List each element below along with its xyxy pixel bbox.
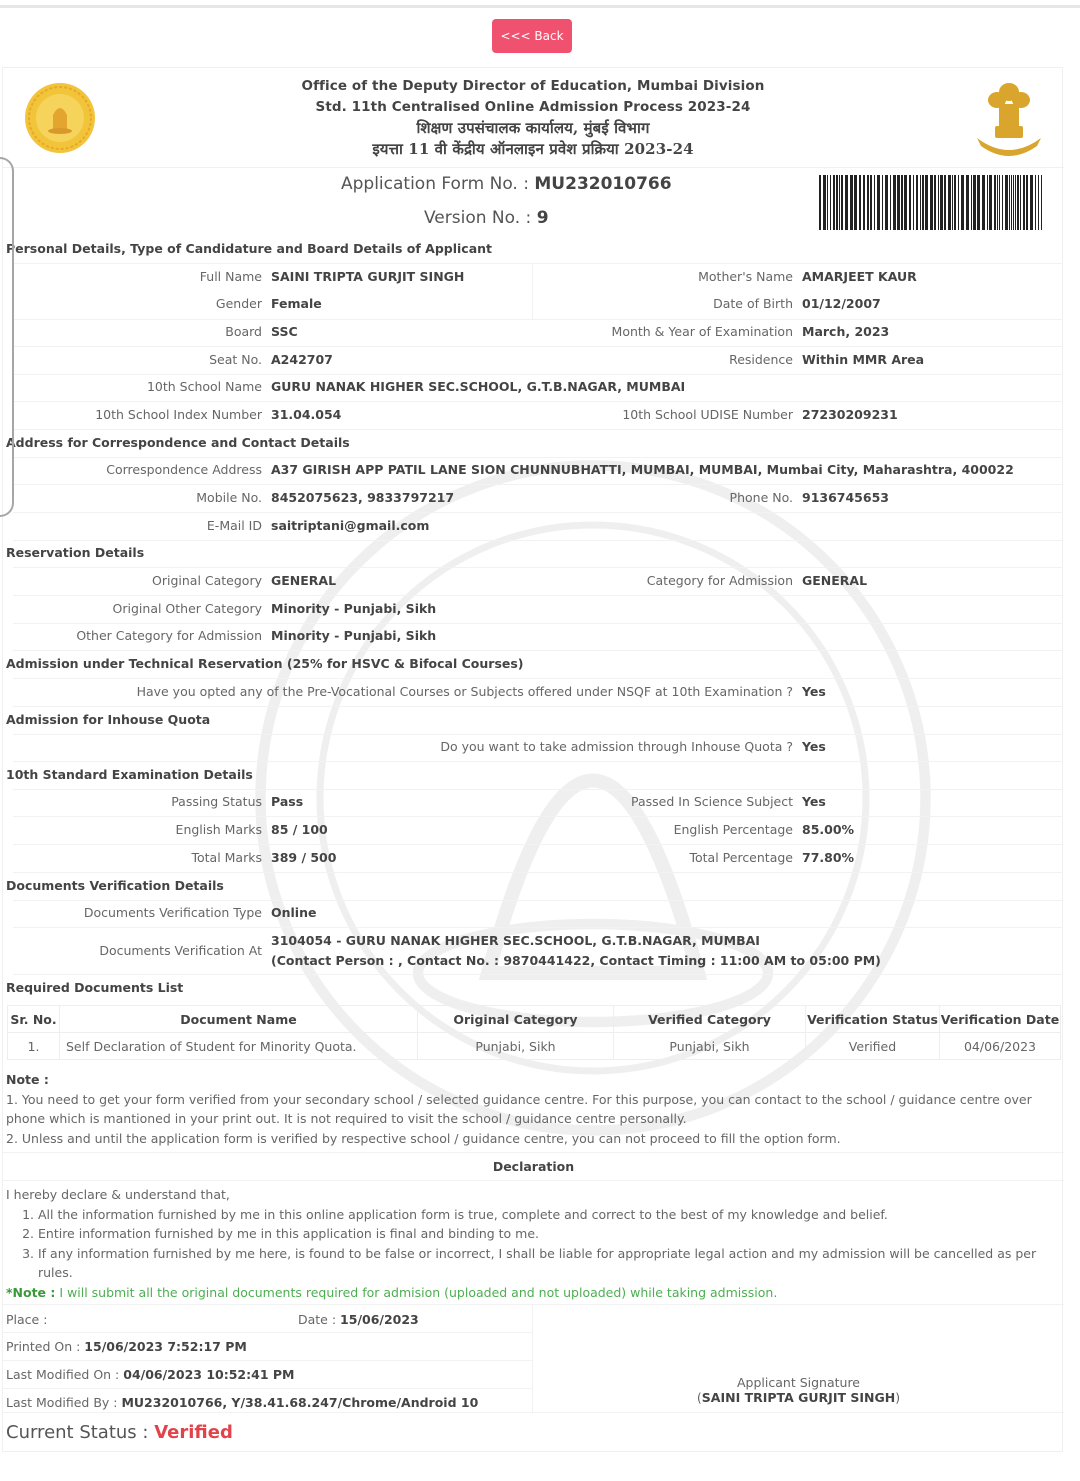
- mobile-label: Mobile No.: [196, 490, 262, 505]
- inhouse-question-value: Yes: [802, 739, 826, 754]
- total-marks-value: 389 / 500: [271, 850, 336, 865]
- current-status: Current Status : Verified: [6, 1422, 233, 1443]
- school-name-value: GURU NANAK HIGHER SEC.SCHOOL, G.T.B.NAGA…: [271, 379, 685, 394]
- office-title-hindi: शिक्षण उपसंचालक कार्यालय, मुंबई विभाग: [203, 118, 863, 139]
- english-percentage-label: English Percentage: [674, 822, 793, 837]
- declaration-list: All the information furnished by me in t…: [38, 1205, 1064, 1283]
- col-sr-no: Sr. No.: [8, 1006, 60, 1033]
- process-title-hindi: इयत्ता 11 वी केंद्रीय ऑनलाइन प्रवेश प्रक…: [203, 139, 863, 160]
- cell-sr-no: 1.: [8, 1033, 60, 1060]
- declaration-item: If any information furnished by me here,…: [38, 1244, 1064, 1283]
- admission-category-label: Category for Admission: [647, 573, 793, 588]
- phone-value: 9136745653: [802, 490, 889, 505]
- note-label: Note :: [6, 1072, 49, 1087]
- other-admission-category-label: Other Category for Admission: [76, 628, 262, 643]
- mobile-value: 8452075623, 9833797217: [271, 490, 454, 505]
- application-number-block: Application Form No. : MU232010766 Versi…: [3, 170, 1064, 240]
- mother-name-label: Mother's Name: [698, 269, 793, 284]
- form-number: Application Form No. : MU232010766: [341, 174, 672, 194]
- full-name-label: Full Name: [200, 269, 262, 284]
- required-documents-table: Sr. No. Document Name Original Category …: [7, 1005, 1061, 1060]
- science-passed-label: Passed In Science Subject: [631, 794, 793, 809]
- phone-label: Phone No.: [730, 490, 793, 505]
- english-marks-value: 85 / 100: [271, 822, 328, 837]
- science-passed-value: Yes: [802, 794, 826, 809]
- col-original-category: Original Category: [418, 1006, 614, 1033]
- signature-label: Applicant Signature: [533, 1375, 1064, 1390]
- address-value: A37 GIRISH APP PATIL LANE SION CHUNNUBHA…: [271, 462, 1014, 477]
- top-divider: [0, 5, 1080, 8]
- seat-no-value: A242707: [271, 352, 333, 367]
- maharashtra-seal-icon: [23, 81, 97, 155]
- email-label: E-Mail ID: [207, 518, 262, 533]
- docver-at-label: Documents Verification At: [99, 943, 262, 958]
- applicant-signature: Applicant Signature (SAINI TRIPTA GURJIT…: [533, 1375, 1064, 1405]
- barcode-icon: [819, 175, 1045, 230]
- other-admission-category-value: Minority - Punjabi, Sikh: [271, 628, 436, 643]
- section-reservation-title: Reservation Details: [6, 545, 144, 560]
- passing-status-label: Passing Status: [171, 794, 262, 809]
- place-field: Place :: [6, 1312, 47, 1327]
- original-category-value: GENERAL: [271, 573, 336, 588]
- declaration-item: All the information furnished by me in t…: [38, 1205, 1064, 1225]
- total-percentage-label: Total Percentage: [690, 850, 794, 865]
- back-button[interactable]: <<< Back: [492, 19, 572, 53]
- docver-type-label: Documents Verification Type: [84, 905, 262, 920]
- english-percentage-value: 85.00%: [802, 822, 854, 837]
- english-marks-label: English Marks: [176, 822, 262, 837]
- original-category-label: Original Category: [152, 573, 262, 588]
- mother-name-value: AMARJEET KAUR: [802, 269, 917, 284]
- school-index-label: 10th School Index Number: [95, 407, 262, 422]
- dob-value: 01/12/2007: [802, 296, 881, 311]
- exam-month-label: Month & Year of Examination: [612, 324, 793, 339]
- original-other-category-label: Original Other Category: [113, 601, 262, 616]
- declaration-note: *Note : I will submit all the original d…: [6, 1283, 1064, 1303]
- cell-original-category: Punjabi, Sikh: [418, 1033, 614, 1060]
- section-exam-title: 10th Standard Examination Details: [6, 767, 253, 782]
- original-other-category-value: Minority - Punjabi, Sikh: [271, 601, 436, 616]
- printed-on: Printed On : 15/06/2023 7:52:17 PM: [6, 1339, 247, 1354]
- india-emblem-icon: [971, 78, 1047, 158]
- section-contact-title: Address for Correspondence and Contact D…: [6, 435, 350, 450]
- cell-verification-date: 04/06/2023: [940, 1033, 1061, 1060]
- admission-category-value: GENERAL: [802, 573, 867, 588]
- header-titles: Office of the Deputy Director of Educati…: [203, 76, 863, 160]
- date-field: Date : 15/06/2023: [298, 1312, 419, 1327]
- declaration-item: Entire information furnished by me in th…: [38, 1224, 1064, 1244]
- col-verification-date: Verification Date: [940, 1006, 1061, 1033]
- cell-verification-status: Verified: [806, 1033, 940, 1060]
- docver-type-value: Online: [271, 905, 316, 920]
- col-document-name: Document Name: [60, 1006, 418, 1033]
- cell-verified-category: Punjabi, Sikh: [614, 1033, 806, 1060]
- side-scroll-handle[interactable]: [0, 157, 14, 517]
- col-verified-category: Verified Category: [614, 1006, 806, 1033]
- office-title: Office of the Deputy Director of Educati…: [203, 76, 863, 97]
- status-badge: Verified: [154, 1422, 233, 1443]
- residence-label: Residence: [729, 352, 793, 367]
- cell-document-name: Self Declaration of Student for Minority…: [60, 1033, 418, 1060]
- board-value: SSC: [271, 324, 298, 339]
- seat-no-label: Seat No.: [209, 352, 262, 367]
- application-form: Office of the Deputy Director of Educati…: [2, 67, 1063, 1452]
- docver-at-line1: 3104054 - GURU NANAK HIGHER SEC.SCHOOL, …: [271, 933, 760, 948]
- passing-status-value: Pass: [271, 794, 303, 809]
- section-personal-title: Personal Details, Type of Candidature an…: [6, 241, 492, 256]
- section-inhouse-title: Admission for Inhouse Quota: [6, 712, 210, 727]
- total-marks-label: Total Marks: [191, 850, 262, 865]
- last-modified-on: Last Modified On : 04/06/2023 10:52:41 P…: [6, 1367, 294, 1382]
- version-number: Version No. : 9: [424, 208, 549, 228]
- docver-at-line2: (Contact Person : , Contact No. : 987044…: [271, 953, 881, 968]
- table-row: 1. Self Declaration of Student for Minor…: [8, 1033, 1061, 1060]
- email-value: saitriptani@gmail.com: [271, 518, 429, 533]
- signature-name: SAINI TRIPTA GURJIT SINGH: [702, 1390, 895, 1405]
- school-udise-value: 27230209231: [802, 407, 898, 422]
- col-verification-status: Verification Status: [806, 1006, 940, 1033]
- section-docver-title: Documents Verification Details: [6, 878, 224, 893]
- school-udise-label: 10th School UDISE Number: [622, 407, 793, 422]
- board-label: Board: [225, 324, 262, 339]
- inhouse-question-label: Do you want to take admission through In…: [440, 739, 793, 754]
- exam-month-value: March, 2023: [802, 324, 889, 339]
- process-title: Std. 11th Centralised Online Admission P…: [203, 97, 863, 118]
- note-line-2: 2. Unless and until the application form…: [6, 1129, 1064, 1149]
- note-block: Note : 1. You need to get your form veri…: [6, 1070, 1064, 1148]
- declaration-intro: I hereby declare & understand that,: [6, 1185, 1064, 1205]
- gender-label: Gender: [216, 296, 262, 311]
- school-index-value: 31.04.054: [271, 407, 341, 422]
- note-line-1: 1. You need to get your form verified fr…: [6, 1090, 1064, 1129]
- residence-value: Within MMR Area: [802, 352, 924, 367]
- section-required-docs-title: Required Documents List: [6, 980, 183, 995]
- dob-label: Date of Birth: [713, 296, 793, 311]
- last-modified-by: Last Modified By : MU232010766, Y/38.41.…: [6, 1395, 478, 1410]
- total-percentage-value: 77.80%: [802, 850, 854, 865]
- nsqf-question-label: Have you opted any of the Pre-Vocational…: [137, 684, 793, 699]
- full-name-value: SAINI TRIPTA GURJIT SINGH: [271, 269, 464, 284]
- declaration-title: Declaration: [3, 1159, 1064, 1174]
- form-header: Office of the Deputy Director of Educati…: [3, 68, 1064, 168]
- school-name-label: 10th School Name: [147, 379, 262, 394]
- address-label: Correspondence Address: [106, 462, 262, 477]
- section-technical-title: Admission under Technical Reservation (2…: [6, 656, 524, 671]
- declaration-block: I hereby declare & understand that, All …: [6, 1185, 1064, 1302]
- nsqf-question-value: Yes: [802, 684, 826, 699]
- table-header-row: Sr. No. Document Name Original Category …: [8, 1006, 1061, 1033]
- gender-value: Female: [271, 296, 322, 311]
